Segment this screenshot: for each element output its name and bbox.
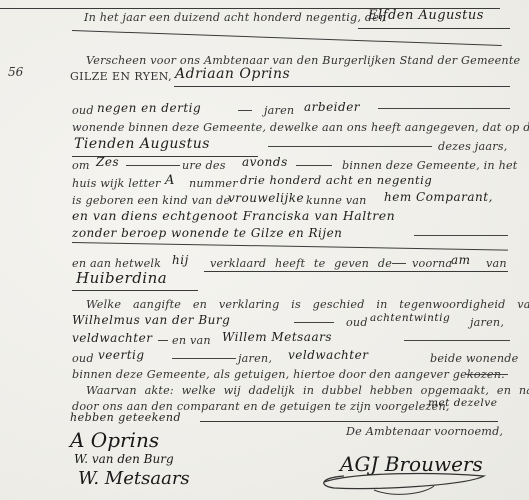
filler-dash xyxy=(126,165,180,166)
official-label: De Ambtenaar voornoemd, xyxy=(346,425,503,438)
date-underline xyxy=(358,28,510,29)
handwritten-registration-date: Elfden Augustus xyxy=(368,8,484,23)
printed-jaren-3: jaren, xyxy=(238,352,272,365)
filler-dash xyxy=(466,374,508,375)
handwritten-mother: en van diens echtgenoot Franciska van Ha… xyxy=(72,208,395,223)
printed-oud-3: oud xyxy=(72,352,94,365)
printed-within-municipality: binnen deze Gemeente, in het xyxy=(342,159,518,172)
filler-dash xyxy=(268,146,432,147)
filler-dash xyxy=(296,165,332,166)
official-flourish xyxy=(314,468,494,498)
printed-voorna: voorna xyxy=(412,257,452,270)
printed-oud: oud xyxy=(72,104,94,117)
printed-opening: In het jaar een duizend acht honderd neg… xyxy=(84,11,387,24)
handwritten-witness2-occupation: veldwachter xyxy=(288,348,368,362)
printed-jaren-2: jaren, xyxy=(470,316,504,329)
handwritten-pronoun: hij xyxy=(172,253,189,267)
printed-declared-give: verklaard heeft te geven de xyxy=(210,257,392,270)
signature-witness2: W. Metsaars xyxy=(78,468,190,489)
printed-om: om xyxy=(72,159,90,172)
filler-dash xyxy=(238,110,252,111)
printed-both-residing: beide wonende xyxy=(430,352,518,365)
printed-nummer: nummer xyxy=(189,177,238,190)
handwritten-house-letter: A xyxy=(165,173,175,188)
section-rule xyxy=(72,242,508,251)
handwritten-witness1-occupation: veldwachter xyxy=(72,331,152,345)
printed-dezes-jaars: dezes jaars, xyxy=(438,140,507,153)
declarant-underline xyxy=(174,86,510,87)
filler-dash xyxy=(404,340,510,341)
filler-dash xyxy=(378,108,510,109)
handwritten-declarant-occupation: arbeider xyxy=(304,100,360,114)
printed-witnesses-intro: Welke aangifte en verklaring is geschied… xyxy=(86,298,529,311)
handwritten-parent: hem Comparant, xyxy=(384,190,493,204)
record-number: 56 xyxy=(8,65,23,79)
closing-rule xyxy=(200,421,498,422)
handwritten-time-of-day: avonds xyxy=(242,155,288,169)
filler-dash xyxy=(392,263,406,264)
handwritten-witness1-age: achtentwintig xyxy=(370,312,450,324)
signature-declarant: A Oprins xyxy=(70,428,159,452)
handwritten-witness2-name: Willem Metsaars xyxy=(222,330,332,344)
printed-chosen-witnesses: binnen deze Gemeente, als getuigen, hier… xyxy=(72,368,505,381)
handwritten-have-signed: hebben geteekend xyxy=(70,411,181,424)
filler-dash xyxy=(172,358,236,359)
signature-witness1: W. van den Burg xyxy=(74,452,174,466)
printed-jaren: jaren xyxy=(264,104,294,117)
handwritten-birth-date: Tienden Augustus xyxy=(74,136,210,152)
handwritten-name-suffix: am xyxy=(451,253,471,267)
child-name-filler xyxy=(204,271,508,272)
handwritten-mother-details: zonder beroep wonende te Gilze en Rijen xyxy=(72,226,342,240)
filler-dash xyxy=(294,322,334,323)
printed-house-letter: huis wijk letter xyxy=(72,177,161,190)
printed-oud-2: oud xyxy=(346,316,368,329)
handwritten-declarant-name: Adriaan Oprins xyxy=(175,66,290,82)
printed-appeared-before: Verscheen voor ons Ambtenaar van den Bur… xyxy=(86,54,520,67)
filler-dash xyxy=(158,340,168,341)
handwritten-child-name: Huiberdina xyxy=(76,269,167,287)
handwritten-witness1-name: Wilhelmus van der Burg xyxy=(72,313,230,327)
handwritten-child-sex: vrouwelijke xyxy=(228,191,304,205)
handwritten-with-same: met dezelve xyxy=(428,397,497,409)
printed-ure-des: ure des xyxy=(182,159,226,172)
printed-residing: wonende binnen deze Gemeente, dewelke aa… xyxy=(72,121,529,134)
handwritten-birth-hour: Zes xyxy=(96,155,119,169)
handwritten-declarant-age: negen en dertig xyxy=(97,101,201,115)
handwritten-house-number: drie honderd acht en negentig xyxy=(240,173,432,187)
child-name-underline xyxy=(72,290,198,291)
printed-of-which-deed: Waarvan akte: welke wij dadelijk in dubb… xyxy=(86,384,529,397)
printed-kunne-van: kunne van xyxy=(306,194,367,207)
document-page: In het jaar een duizend acht honderd neg… xyxy=(0,0,529,500)
printed-child-born: is geboren een kind van de xyxy=(72,194,230,207)
municipality-name: GILZE EN RYEN, xyxy=(70,70,172,83)
filler-dash xyxy=(414,235,508,236)
slanted-rule xyxy=(72,30,502,46)
printed-en-van: en van xyxy=(172,334,211,347)
handwritten-witness2-age: veertig xyxy=(98,348,145,362)
printed-van: van xyxy=(486,257,507,270)
